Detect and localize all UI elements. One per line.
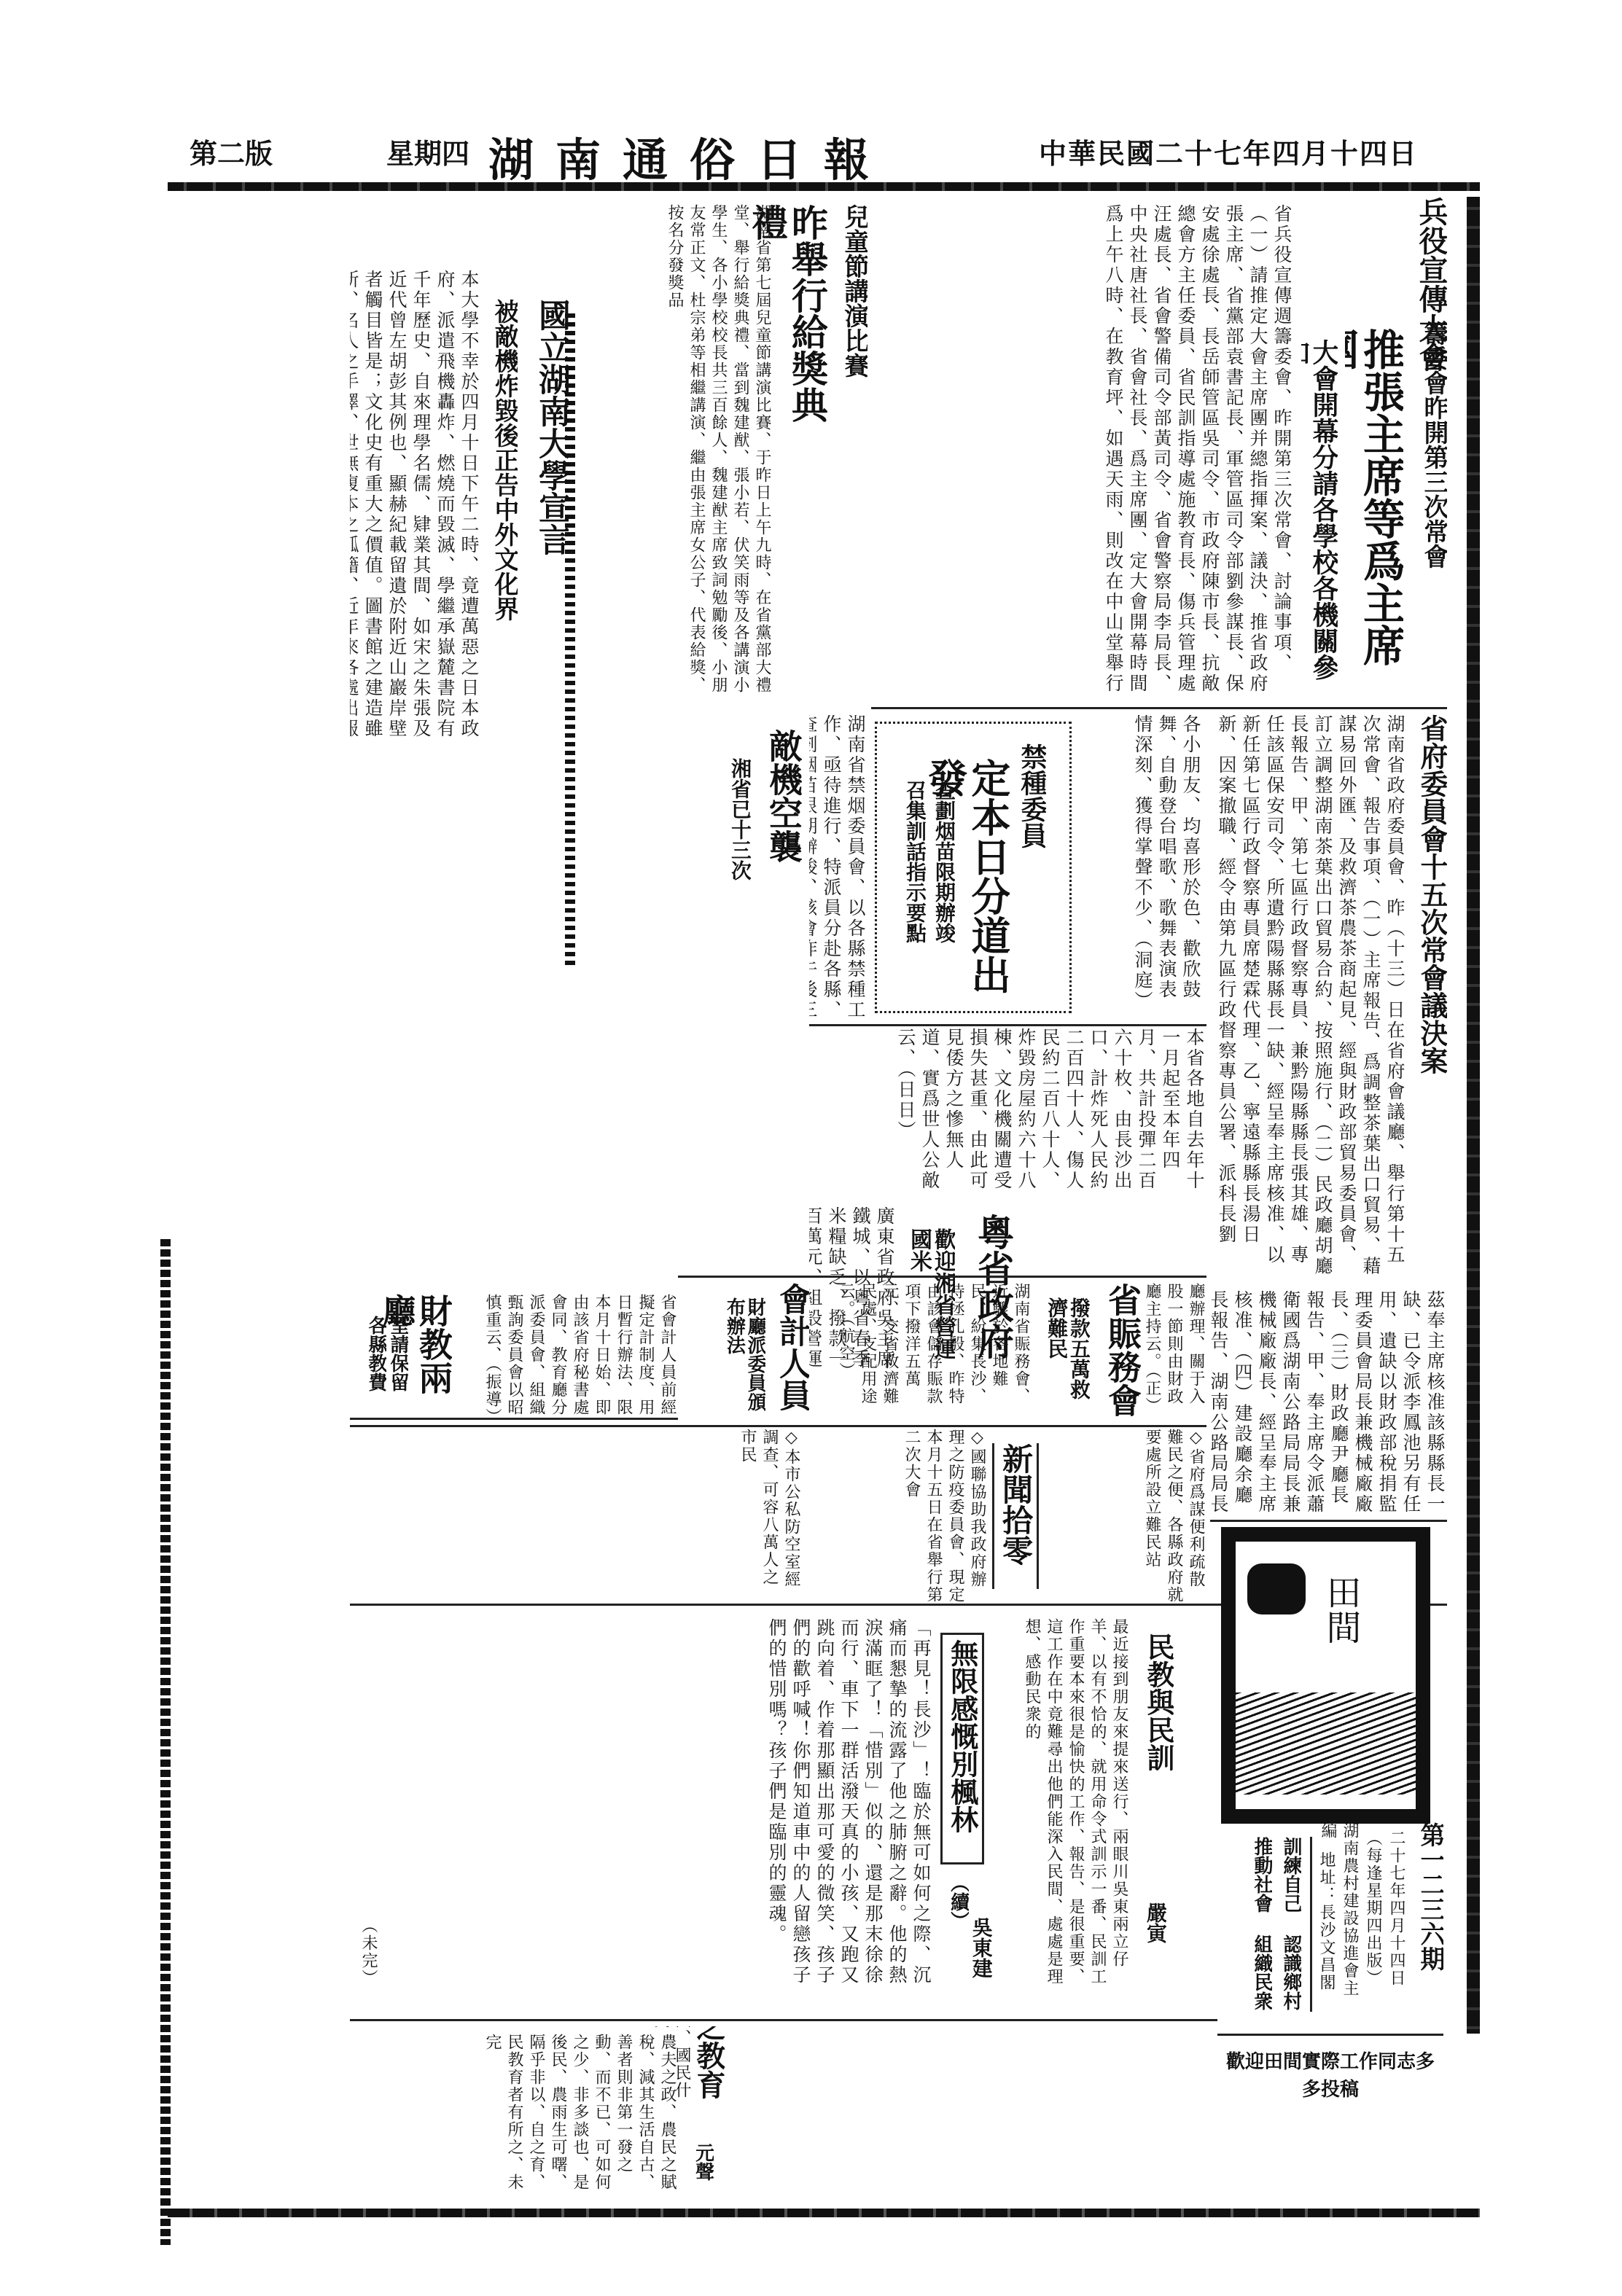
subheadline: 被敵機炸毀後正告中外文化界	[491, 299, 518, 707]
news-item-2: ◇省府爲謀便利疏散難民之便、各縣政府就要處所設立難民站	[1046, 1429, 1206, 1604]
deck2: 各縣教費	[365, 1316, 386, 1410]
article-dongting: 各小朋友、均喜形於色、歡欣鼓舞、自動登台唱歌、歌舞表演表情深刻、獲得掌聲不少、（…	[1079, 714, 1203, 1006]
article-minjiao: 民教與民訓 嚴寅 最近接到朋友來提來送行、兩眼川吳東兩立仔羊、以有不恰的、就用命…	[1006, 1611, 1225, 2019]
article-body: 農夫之政、農民之賦稅、減其生活自古、善者則非第一發之動、而不已、可如何之少、非多…	[357, 2034, 678, 2201]
woodcut-landscape	[1236, 1692, 1416, 1795]
to-be-continued: （未完）	[357, 1917, 379, 1987]
continued-note: （續）	[948, 1873, 969, 1930]
article-body: 湖南省第七屆兒童節講演比賽、于昨日上午九時、在省黨部大禮堂、舉行給獎典禮、當到魏…	[576, 204, 773, 700]
colophon-schedule: （每逢星期四出版）	[1362, 1830, 1384, 2019]
issue-date: 中華民國二十七年四月十四日	[1039, 131, 1418, 171]
article-tail: 廳辦理、關于入股一節則由財政廳主持云。（正）	[1145, 1283, 1206, 1421]
article-body: 湖南省賑務會、近驟於各地難民、紛集長沙、待拯孔殷、昨特由該會儲存賑款項下撥洋五萬…	[813, 1283, 1032, 1421]
slogan-1: 訓練自己 認識鄉村	[1280, 1837, 1301, 2026]
headline: 農民所需之教育	[693, 2026, 725, 2209]
news-item-1: ◇國聯協助我政府辦理之防疫委員會、現定本月十五日在省舉行第二次大會	[813, 1429, 988, 1604]
bottom-rule	[168, 2209, 1480, 2217]
article-kuaiji: 會計人員 財廳派委員頒布辦法	[678, 1283, 809, 1421]
author: 嚴寅	[1144, 1902, 1166, 1943]
deck2: 召集訓話指示要點	[903, 780, 926, 999]
article-body: 「再見！長沙」！臨於無可如何之際、沉痛而懇摯的流露了他之肺腑之辭。他的熱淚滿眶了…	[364, 1618, 933, 1997]
colophon-address: 地址：長沙文昌閣	[1315, 1851, 1337, 2012]
kicker: 兒童節講演比賽	[841, 204, 867, 437]
article-body: 本大學不幸於四月十日下午二時、竟遭萬惡之日本政府、派遣飛機轟炸、燃燒而毀滅、學繼…	[350, 270, 481, 743]
article-hunan-daxue: 國立湖南大學宣言 被敵機炸毀後正告中外文化界 本大學不幸於四月十日下午二時、竟遭…	[350, 197, 569, 1283]
headline: 民教與民訓	[1143, 1633, 1174, 1851]
author: 元聲	[693, 2143, 714, 2181]
article-ertong: 兒童節講演比賽 昨舉行給獎典禮 湖南省第七屆兒童節講演比賽、于昨日上午九時、在省…	[576, 197, 867, 707]
article-shengfu-cont: 茲奉主席核准該縣縣長一缺、已令派李鳳池另有任用、遺缺以財政部稅捐監理委員會局長兼…	[1210, 1290, 1447, 1516]
divider	[1217, 2034, 1443, 2036]
masthead: 中華民國二十七年四月十四日 湖南通俗日報 星期四 第二版	[168, 124, 1480, 182]
article-zhenwu: 省賑務會 撥款五萬救濟難民 湖南省賑務會、近驟於各地難民、紛集長沙、待拯孔殷、昨…	[809, 1283, 1206, 1421]
colophon-date: 二十七年四月十四日	[1385, 1830, 1407, 2019]
divider	[350, 2019, 1217, 2021]
headline: 省賑務會	[1104, 1283, 1141, 1421]
article-body: 湖南省政府委員會、昨（十三）日在省府會議廳、舉行第十五次常會、報告事項、（一）主…	[1210, 714, 1407, 1283]
headline: 省府委員會十五次常會議決案	[1411, 714, 1447, 1283]
deck1: 呈請保留	[387, 1316, 408, 1410]
masthead-rule	[168, 182, 1480, 191]
article-caijiao: 財教兩廳 呈請保留 各縣教費 省會計人員前經擬定計制度、用日暫行辦法、限本月十日…	[350, 1294, 678, 1418]
article-body: 省兵役宣傳週籌委會、昨開第三次常會、討論事項、（一）請推定大會主席團并總指揮案、…	[871, 204, 1294, 700]
subhead: 湘省已十三次	[728, 758, 751, 1006]
woodcut-title: 田間	[1316, 1574, 1366, 1644]
woodcut-illustration: 田間	[1221, 1527, 1430, 1824]
headline: 推張主席等爲主席團	[1345, 328, 1403, 707]
right-border-ornament	[1467, 197, 1480, 2034]
call-for-submissions: 歡迎田間實際工作同志多多投稿	[1225, 2048, 1436, 2104]
news-item-3: ◇本市公私防空室經調查、可容八萬人之市民	[350, 1429, 802, 1596]
divider	[350, 1418, 678, 1420]
subkicker: 籌委會昨開第三次常會	[1411, 321, 1447, 700]
article-wuxian: 無限感慨別楓林 （續） 吳東建 「再見！長沙」！臨於無可如何之際、沉痛而懇摯的流…	[350, 1611, 1006, 2019]
article-body: 省會計人員前經擬定計制度、用日暫行辦法、限本月十日始、即由該省府秘書處會同、教育…	[459, 1294, 678, 1418]
woodcut-inner: 田間	[1236, 1542, 1416, 1809]
issue-number: 第一二三六期	[1416, 1822, 1443, 1971]
article-diji: 本省各地自去年十一月起至本年四月、共計投彈二百六十枚、由長沙出口、計炸死人民約二…	[809, 1028, 1206, 1203]
divider	[350, 1425, 1206, 1427]
divider	[678, 1276, 1206, 1278]
slogan-2: 推動社會 組織民衆	[1251, 1837, 1272, 2026]
left-border-ornament	[160, 1239, 171, 2245]
newspaper-title: 湖南通俗日報	[488, 124, 891, 189]
headline: 新聞拾零	[992, 1443, 1039, 1589]
headline: 會計人員	[774, 1283, 809, 1421]
page-number: 第二版	[190, 131, 273, 171]
headline: 國立湖南大學宣言	[534, 299, 569, 663]
colophon: 第一二三六期 二十七年四月十四日 （每逢星期四出版） 湖南農村建設協進會主編 地…	[1217, 1822, 1443, 2041]
headline: 敵機空襲	[765, 729, 802, 1006]
divider	[1310, 1837, 1312, 2012]
article-nongmin: 農民所需之教育 元聲 我國以農立國、國民什之八九爲農民 農夫之政、農民之賦稅、減…	[350, 2026, 1217, 2209]
newspaper-page: 中華民國二十七年四月十四日 湖南通俗日報 星期四 第二版 兵役宣傳大會 籌委會昨…	[168, 109, 1480, 2223]
author: 吳東建	[970, 1917, 992, 1978]
article-diji-head: 敵機空襲 湘省已十三次	[663, 714, 809, 1020]
kicker: 禁種委員	[1017, 743, 1046, 889]
article-body: 最近接到朋友來提來送行、兩眼川吳東兩立仔羊、以有不恰的、就用命令式訓示一番、民訓…	[1006, 1618, 1130, 1997]
divider	[809, 1024, 1206, 1026]
deck: 財廳派委員頒布辦法	[724, 1297, 765, 1414]
headline: 無限感慨別楓林	[940, 1633, 984, 1864]
article-jinzhong: 禁種委員 定本日分道出發 查劃烟苗限期辦竣 召集訓話指示要點	[867, 714, 1079, 1020]
article-body: 本省各地自去年十一月起至本年四月、共計投彈二百六十枚、由長沙出口、計炸死人民約二…	[809, 1028, 1206, 1203]
deck: 大會開幕分請各學校各機關參加	[1301, 339, 1338, 703]
article-bingyi: 兵役宣傳大會 籌委會昨開第三次常會 推張主席等爲主席團 大會開幕分請各學校各機關…	[871, 197, 1447, 707]
article-shengfu: 省府委員會十五次常會議決案 湖南省政府委員會、昨（十三）日在省府會議廳、舉行第十…	[1210, 714, 1447, 1283]
deck: 撥款五萬救濟難民	[1045, 1297, 1090, 1414]
article-jinzhong-body: 湖南省禁烟委員會、以各縣禁種工作、亟待進行、特派員分赴各縣、查劃烟苗限期辦竣、該…	[809, 714, 867, 1020]
divider	[1210, 1520, 1447, 1522]
weekday: 星期四	[386, 131, 469, 171]
article-xinwen: 新聞拾零 ◇國聯協助我政府辦理之防疫委員會、現定本月十五日在省舉行第二次大會 ◇…	[809, 1429, 1206, 1604]
deck1: 查劃烟苗限期辦竣	[932, 780, 955, 999]
divider	[871, 707, 1447, 709]
woodcut-character-tian	[1247, 1563, 1306, 1614]
